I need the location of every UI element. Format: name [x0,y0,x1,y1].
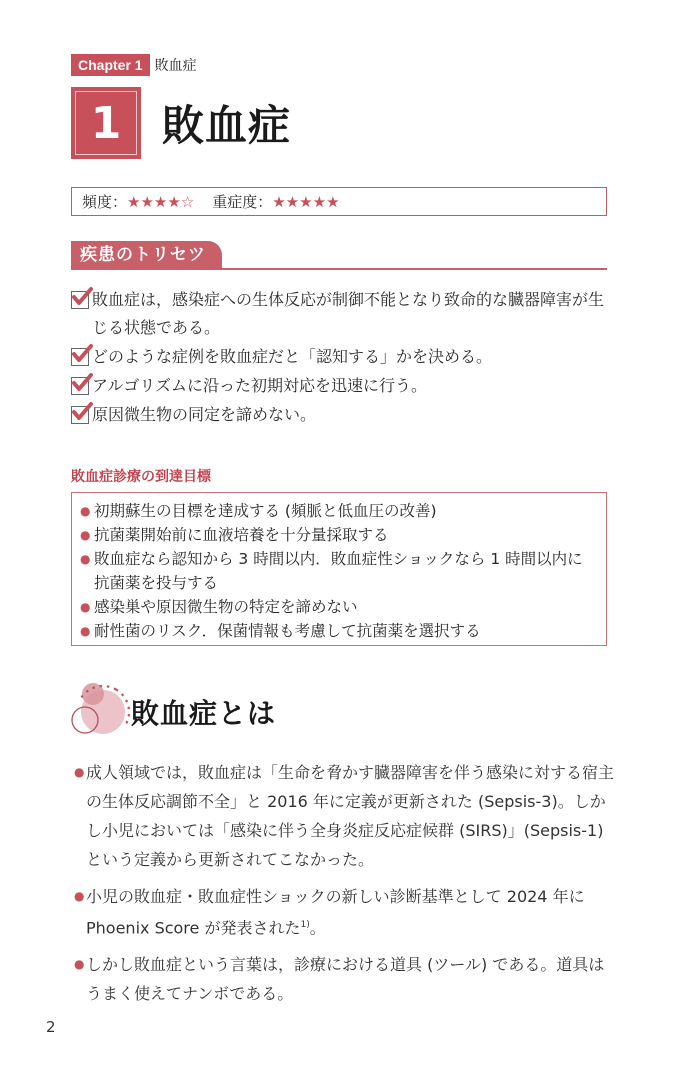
bullet-icon: ● [74,950,86,1008]
checkbox-checked-icon [71,291,89,309]
circles-decoration-icon [71,682,131,742]
frequency-label: 頻度： [82,191,127,212]
checklist-item: アルゴリズムに沿った初期対応を迅速に行う。 [71,372,616,400]
torisetsu-checklist: 敗血症は，感染症への生体反応が制御不能となり致命的な臓器障害が生じる状態である。… [71,286,616,430]
checklist-item: 原因微生物の同定を諦めない。 [71,401,616,429]
body-text: 成人領域では，敗血症は「生命を脅かす臓器障害を伴う感染に対する宿主の生体反応調節… [86,758,614,874]
goal-text: 初期蘇生の目標を達成する (頻脈と低血圧の改善) [94,499,437,523]
chapter-tag: Chapter 1 敗血症 [71,54,197,76]
goals-box: ●初期蘇生の目標を達成する (頻脈と低血圧の改善) ●抗菌薬開始前に血液培養を十… [71,492,607,646]
page-title: 敗血症 [162,93,291,153]
goal-item: ●敗血症なら認知から 3 時間以内．敗血症性ショックなら 1 時間以内に抗菌薬を… [80,547,596,595]
bullet-icon: ● [74,882,86,942]
goal-text: 感染巣や原因微生物の特定を諦めない [94,595,358,619]
body-item: ●小児の敗血症・敗血症性ショックの新しい診断基準として 2024 年に Phoe… [74,882,614,942]
rating-box: 頻度： ★★★★☆ 重症度： ★★★★★ [71,187,607,216]
checkbox-checked-icon [71,377,89,395]
torisetsu-heading: 疾患のトリセツ [71,241,222,269]
checklist-text: どのような症例を敗血症だと「認知する」かを決める。 [92,343,616,371]
chapter-number-box: 1 [71,87,141,159]
body-text: 小児の敗血症・敗血症性ショックの新しい診断基準として 2024 年に Phoen… [86,887,585,937]
goal-text: 抗菌薬開始前に血液培養を十分量採取する [94,523,389,547]
about-title: 敗血症とは [131,692,276,732]
chapter-number: 1 [91,98,122,149]
bullet-icon: ● [80,499,94,523]
torisetsu-title: 疾患のトリセツ [71,241,222,269]
body-text: しかし敗血症という言葉は，診療における道具 (ツール) である。道具はうまく使え… [86,950,614,1008]
goal-item: ●初期蘇生の目標を達成する (頻脈と低血圧の改善) [80,499,596,523]
goal-text: 敗血症なら認知から 3 時間以内．敗血症性ショックなら 1 時間以内に抗菌薬を投… [94,547,596,595]
frequency-stars-icon: ★★★★☆ [127,193,194,211]
checklist-text: 敗血症は，感染症への生体反応が制御不能となり致命的な臓器障害が生じる状態である。 [92,286,616,342]
severity-stars-icon: ★★★★★ [272,193,339,211]
about-list: ●成人領域では，敗血症は「生命を脅かす臓器障害を伴う感染に対する宿主の生体反応調… [74,758,614,1016]
bullet-icon: ● [74,758,86,874]
goal-text: 耐性菌のリスク．保菌情報も考慮して抗菌薬を選択する [94,619,481,643]
severity-label: 重症度： [212,191,272,212]
checklist-item: どのような症例を敗血症だと「認知する」かを決める。 [71,343,616,371]
checkbox-checked-icon [71,348,89,366]
bullet-icon: ● [80,547,94,595]
reference-marker: 1) [300,920,309,930]
about-heading: 敗血症とは [71,682,371,742]
chapter-label: Chapter 1 [71,54,150,76]
body-item: ●成人領域では，敗血症は「生命を脅かす臓器障害を伴う感染に対する宿主の生体反応調… [74,758,614,874]
goal-item: ●抗菌薬開始前に血液培養を十分量採取する [80,523,596,547]
bullet-icon: ● [80,619,94,643]
goal-item: ●耐性菌のリスク．保菌情報も考慮して抗菌薬を選択する [80,619,596,643]
bullet-icon: ● [80,523,94,547]
section-divider [71,268,607,270]
bullet-icon: ● [80,595,94,619]
goals-title: 敗血症診療の到達目標 [71,466,211,486]
goal-item: ●感染巣や原因微生物の特定を諦めない [80,595,596,619]
chapter-name: 敗血症 [155,55,197,75]
checklist-item: 敗血症は，感染症への生体反応が制御不能となり致命的な臓器障害が生じる状態である。 [71,286,616,342]
page-number: 2 [46,1018,56,1036]
checklist-text: アルゴリズムに沿った初期対応を迅速に行う。 [92,372,616,400]
checkbox-checked-icon [71,406,89,424]
checklist-text: 原因微生物の同定を諦めない。 [92,401,616,429]
body-item: ●しかし敗血症という言葉は，診療における道具 (ツール) である。道具はうまく使… [74,950,614,1008]
